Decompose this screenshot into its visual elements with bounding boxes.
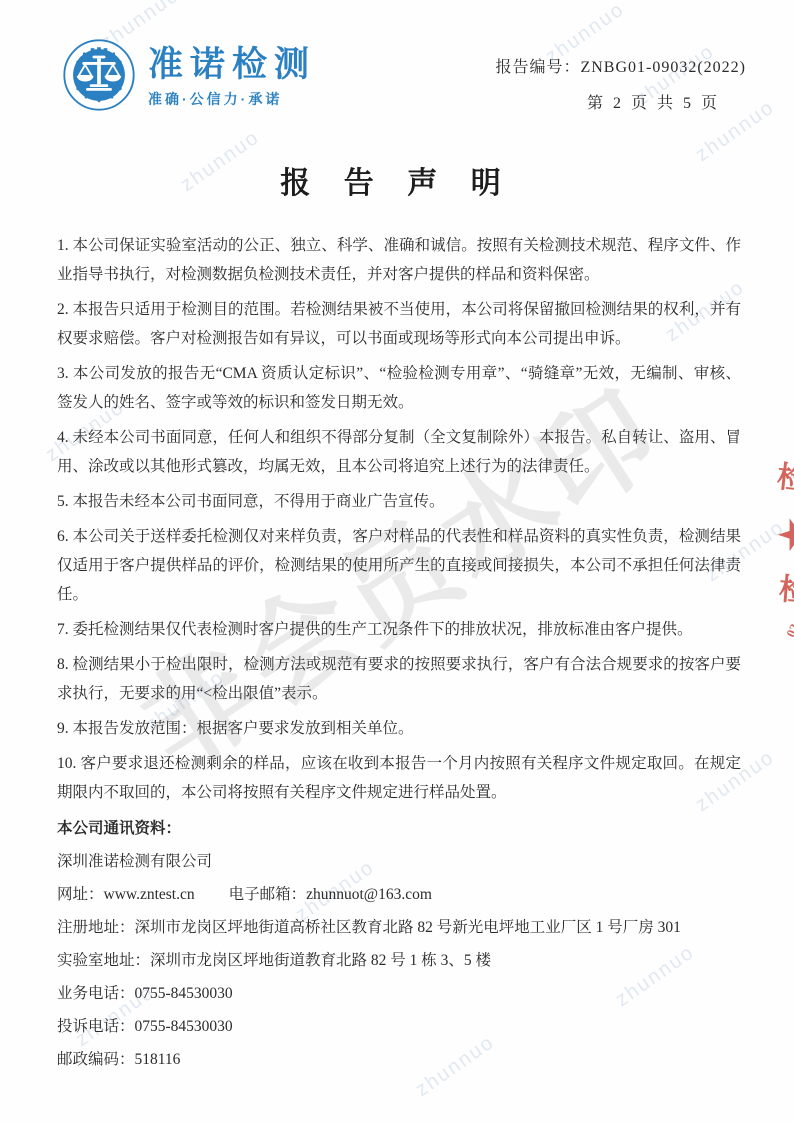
statement-item: 10. 客户要求退还检测剩余的样品，应该在收到本报告一个月内按照有关程序文件规定… bbox=[57, 749, 741, 807]
contact-label-value: 投诉电话：0755-84530030 bbox=[57, 1018, 233, 1035]
contact-label-value: 邮政编码：518116 bbox=[57, 1051, 180, 1068]
contact-label-value: 注册地址：深圳市龙岗区坪地街道高桥社区教育北路 82 号新光电坪地工业厂区 1 … bbox=[57, 919, 681, 936]
report-meta: 报告编号：ZNBG01-09032(2022) 第 2 页 共 5 页 bbox=[495, 38, 746, 113]
contact-line: 实验室地址：深圳市龙岗区坪地街道教育北路 82 号 1 栋 3、5 楼 bbox=[57, 944, 741, 977]
page-header: 准诺检测 准确·公信力·承诺 报告编号：ZNBG01-09032(2022) 第… bbox=[62, 38, 746, 117]
contact-line: 邮政编码：518116 bbox=[57, 1043, 741, 1076]
seam-stamp: 检★检02 bbox=[734, 452, 794, 652]
contact-line: 投诉电话：0755-84530030 bbox=[57, 1010, 741, 1043]
contact-rows: 网址：www.zntest.cn电子邮箱：zhunnuot@163.com注册地… bbox=[57, 878, 741, 1076]
statement-item: 3. 本公司发放的报告无“CMA 资质认定标识”、“检验检测专用章”、“骑缝章”… bbox=[57, 359, 741, 417]
contact-line: 业务电话：0755-84530030 bbox=[57, 977, 741, 1010]
document-title: 报 告 声 明 bbox=[0, 158, 794, 202]
report-number-label: 报告编号： bbox=[495, 59, 580, 76]
contact-line: 注册地址：深圳市龙岗区坪地街道高桥社区教育北路 82 号新光电坪地工业厂区 1 … bbox=[57, 911, 741, 944]
stamp-fragment: 02 bbox=[784, 622, 794, 639]
contact-label-value: 业务电话：0755-84530030 bbox=[57, 985, 233, 1002]
statement-item: 4. 未经本公司书面同意，任何人和组织不得部分复制（全文复制除外）本报告。私自转… bbox=[57, 423, 741, 481]
page-number-info: 第 2 页 共 5 页 bbox=[495, 90, 720, 113]
contact-label-value: 网址：www.zntest.cn bbox=[57, 886, 195, 903]
report-number-line: 报告编号：ZNBG01-09032(2022) bbox=[495, 54, 746, 77]
contact-company: 深圳准诺检测有限公司 bbox=[57, 845, 741, 878]
contact-section: 本公司通讯资料： 深圳准诺检测有限公司 网址：www.zntest.cn电子邮箱… bbox=[57, 812, 741, 1076]
contact-heading: 本公司通讯资料： bbox=[57, 812, 741, 845]
statement-item: 6. 本公司关于送样委托检测仅对来样负责，客户对样品的代表性和样品资料的真实性负… bbox=[57, 522, 741, 609]
statement-item: 5. 本报告未经本公司书面同意，不得用于商业广告宣传。 bbox=[57, 487, 741, 516]
stamp-fragment: 检 bbox=[776, 463, 794, 496]
company-logo: 准诺检测 准确·公信力·承诺 bbox=[62, 38, 316, 117]
statement-item: 8. 检测结果小于检出限时，检测方法或规范有要求的按照要求执行，客户有合法合规要… bbox=[57, 650, 741, 708]
statement-item: 1. 本公司保证实验室活动的公正、独立、科学、准确和诚信。按照有关检测技术规范、… bbox=[57, 231, 741, 289]
company-name: 准诺检测 bbox=[148, 46, 316, 85]
contact-label-value: 电子邮箱：zhunnuot@163.com bbox=[229, 886, 432, 903]
statement-item: 2. 本报告只适用于检测目的范围。若检测结果被不当使用，本公司将保留撤回检测结果… bbox=[57, 295, 741, 353]
stamp-fragment: ★ bbox=[773, 512, 794, 559]
report-page: zhunnuozhunnuozhunnuozhunnuozhunnuozhunn… bbox=[0, 0, 794, 1122]
statement-item: 9. 本报告发放范围：根据客户要求发放到相关单位。 bbox=[57, 714, 741, 743]
contact-label-value: 实验室地址：深圳市龙岗区坪地街道教育北路 82 号 1 栋 3、5 楼 bbox=[57, 952, 491, 969]
stamp-fragment: 检 bbox=[778, 575, 794, 607]
company-slogan: 准确·公信力·承诺 bbox=[148, 89, 316, 109]
report-number-value: ZNBG01-09032(2022) bbox=[580, 59, 746, 76]
statements-list: 1. 本公司保证实验室活动的公正、独立、科学、准确和诚信。按照有关检测技术规范、… bbox=[57, 231, 741, 813]
logo-text: 准诺检测 准确·公信力·承诺 bbox=[148, 46, 316, 110]
scales-of-justice-icon bbox=[62, 38, 136, 117]
contact-line: 网址：www.zntest.cn电子邮箱：zhunnuot@163.com bbox=[57, 878, 741, 911]
statement-item: 7. 委托检测结果仅代表检测时客户提供的生产工况条件下的排放状况，排放标准由客户… bbox=[57, 615, 741, 644]
